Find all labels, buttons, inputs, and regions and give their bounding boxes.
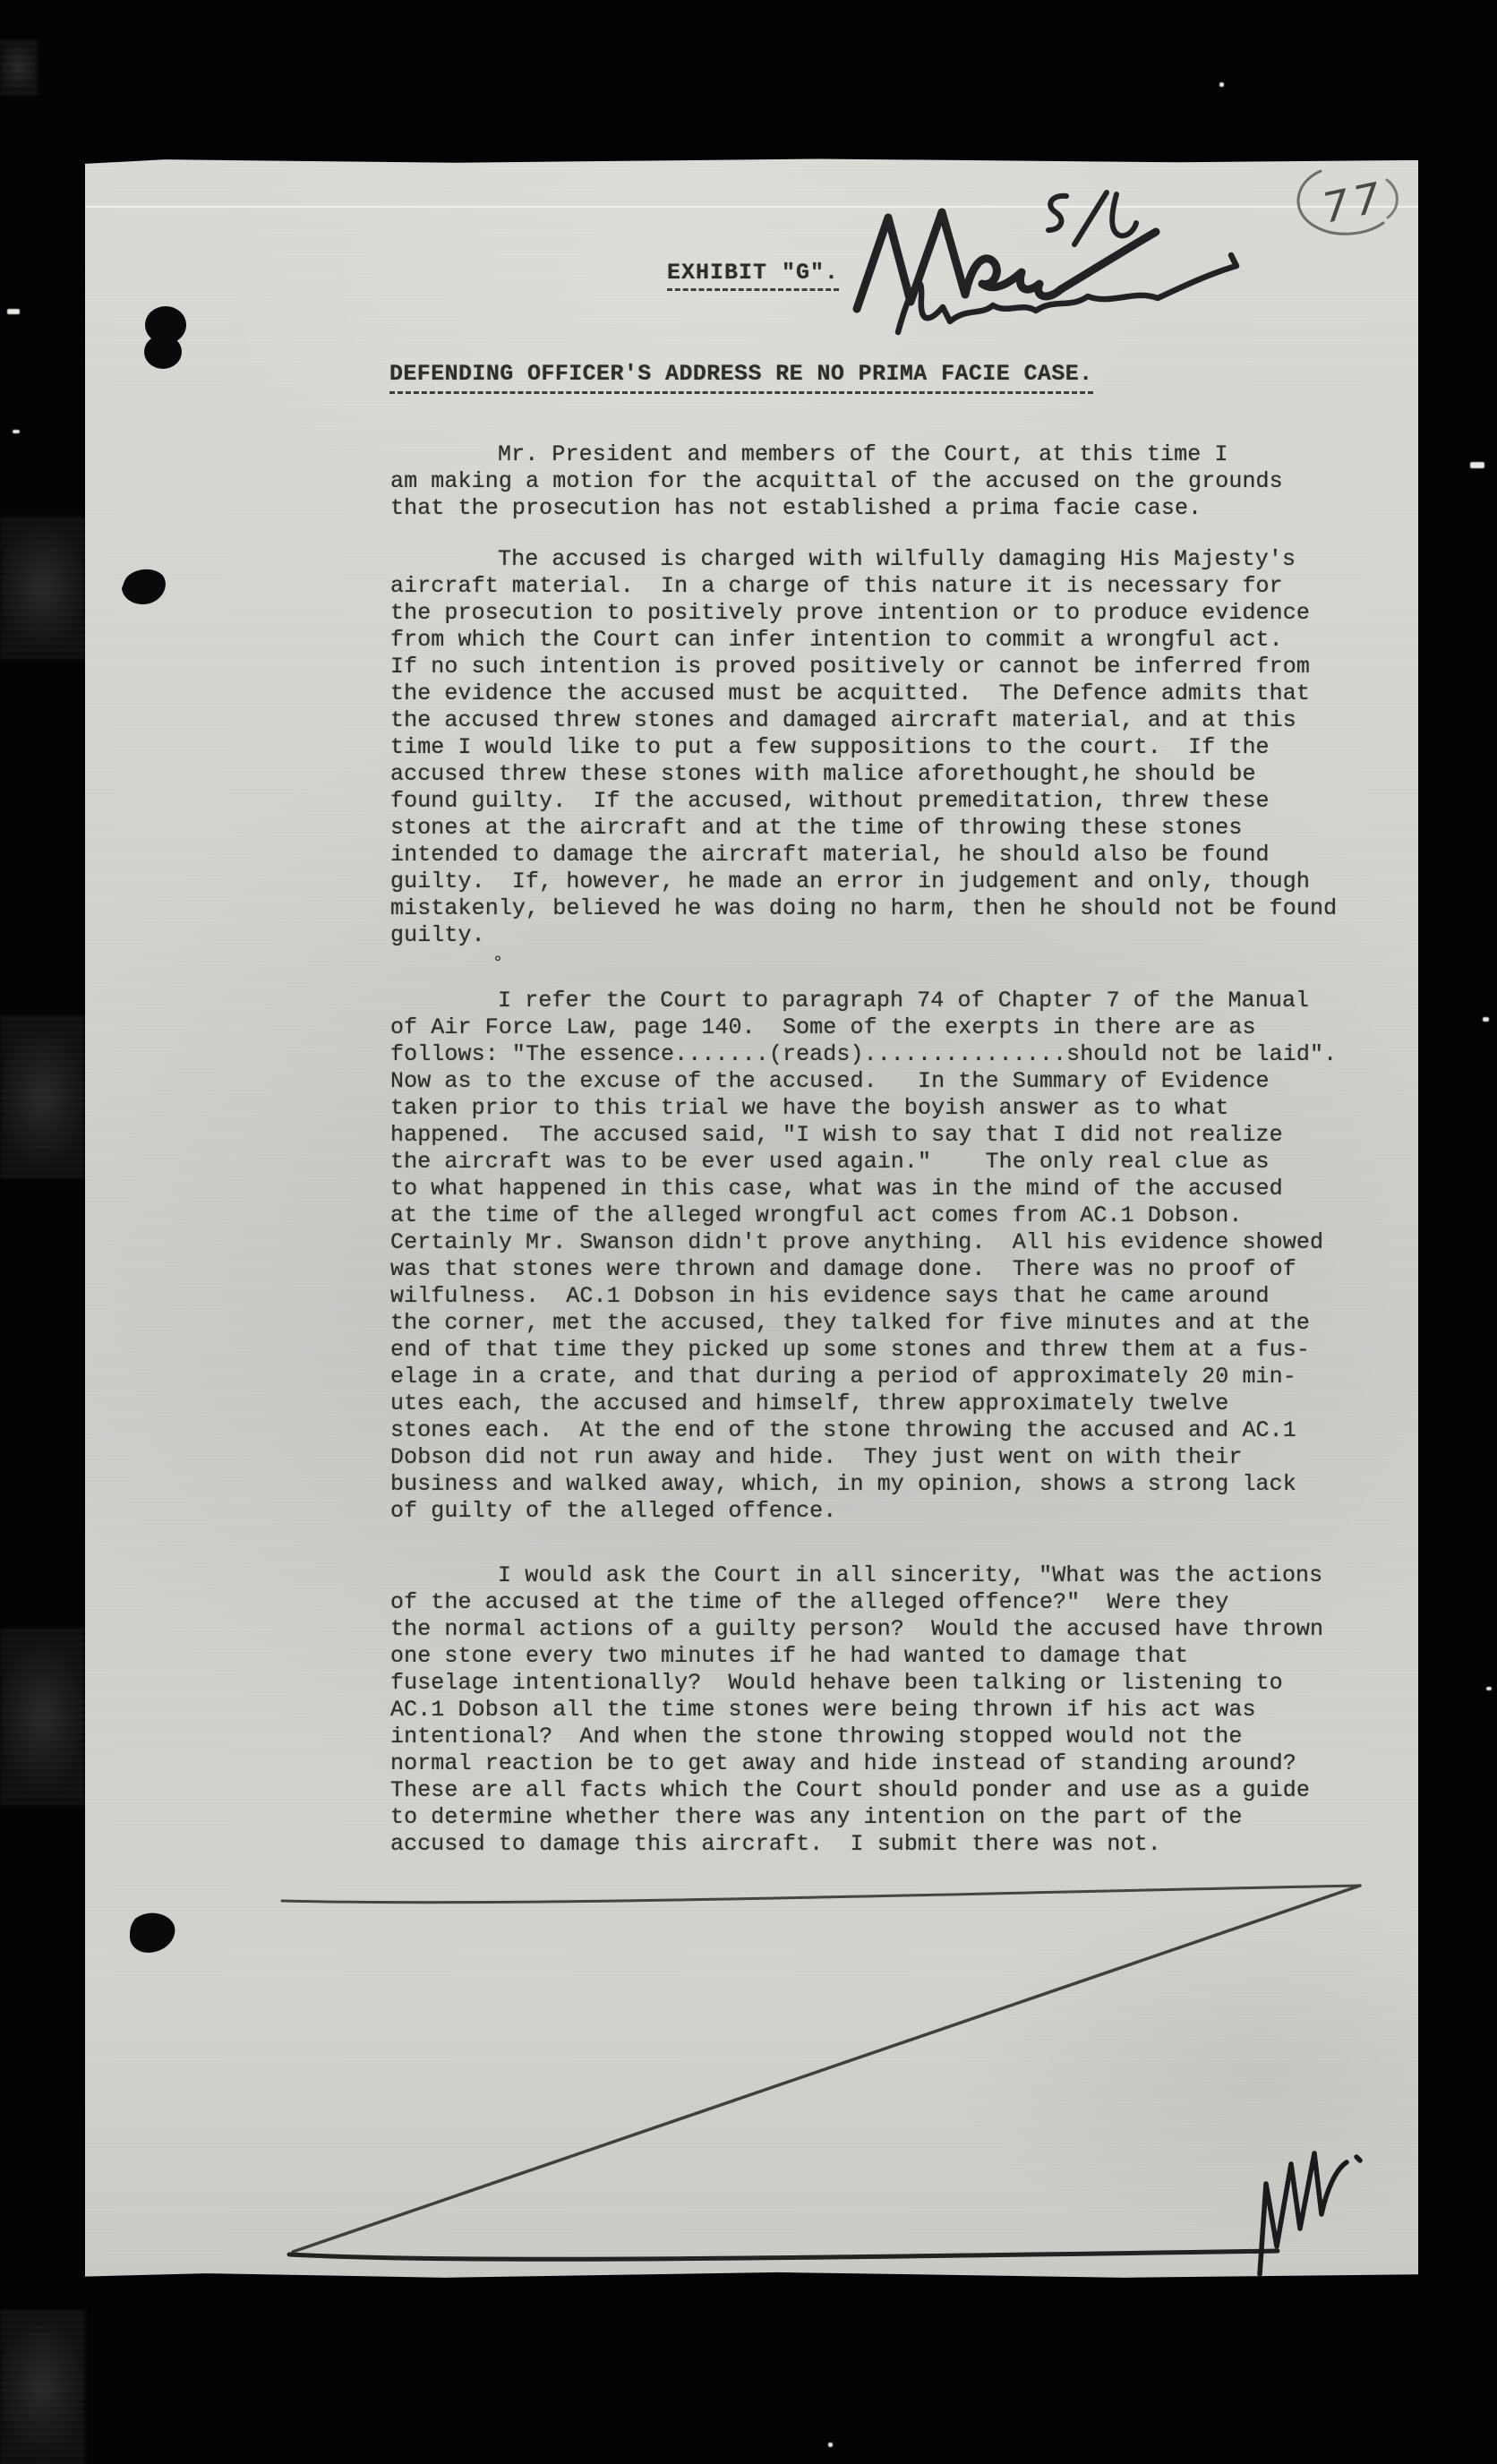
paragraph-manual-evidence: I refer the Court to paragraph 74 of Cha… [390, 988, 1389, 1525]
signature-scrawl [857, 212, 1156, 309]
page-number-group: 77 [1298, 171, 1397, 234]
film-scratch-line [85, 206, 1418, 208]
film-artifact [0, 515, 85, 658]
film-speck [1483, 1017, 1489, 1022]
film-speck [1219, 82, 1224, 87]
stray-typed-mark: ° [492, 954, 503, 974]
film-speck [7, 309, 20, 314]
pencil-line-diagonal [293, 1886, 1360, 2252]
signature-rank-letter-s [1048, 196, 1066, 230]
exhibit-title: EXHIBIT "G". [667, 260, 839, 291]
ink-blob-1 [144, 335, 182, 369]
pencil-line-bottom [289, 2251, 1278, 2259]
ink-blob-3 [130, 1913, 175, 1953]
paragraph-motion: Mr. President and members of the Court, … [390, 441, 1389, 522]
paragraph-charge-suppositions: The accused is charged with wilfully dam… [390, 546, 1389, 949]
film-artifact [0, 40, 38, 94]
film-artifact [0, 1630, 85, 1804]
microfilm-scan: EXHIBIT "G". DEFENDING OFFICER'S ADDRESS… [0, 0, 1497, 2464]
document-page: EXHIBIT "G". DEFENDING OFFICER'S ADDRESS… [85, 158, 1418, 2279]
ink-blob-1 [145, 306, 186, 344]
film-speck [1486, 1687, 1492, 1690]
section-heading: DEFENDING OFFICER'S ADDRESS RE NO PRIMA … [389, 361, 1093, 394]
film-speck [13, 430, 20, 433]
ink-blobs [122, 306, 186, 1953]
paragraph-closing-questions: I would ask the Court in all sincerity, … [390, 1562, 1389, 1858]
film-speck [1470, 462, 1484, 468]
page-number-circle [1387, 180, 1397, 218]
page-number-circle [1298, 171, 1383, 234]
page-number: 77 [1318, 172, 1390, 232]
ink-blob-2 [122, 569, 166, 604]
film-artifact [0, 1016, 85, 1177]
signature-role-scrawl [898, 255, 1236, 332]
film-speck [828, 2443, 833, 2447]
signature-rank-letter-l [1112, 194, 1136, 235]
signature-rank-slash [1074, 192, 1107, 244]
pencil-line-top [282, 1886, 1360, 1903]
signature-initials [1260, 2153, 1360, 2274]
film-artifact [0, 2310, 85, 2464]
